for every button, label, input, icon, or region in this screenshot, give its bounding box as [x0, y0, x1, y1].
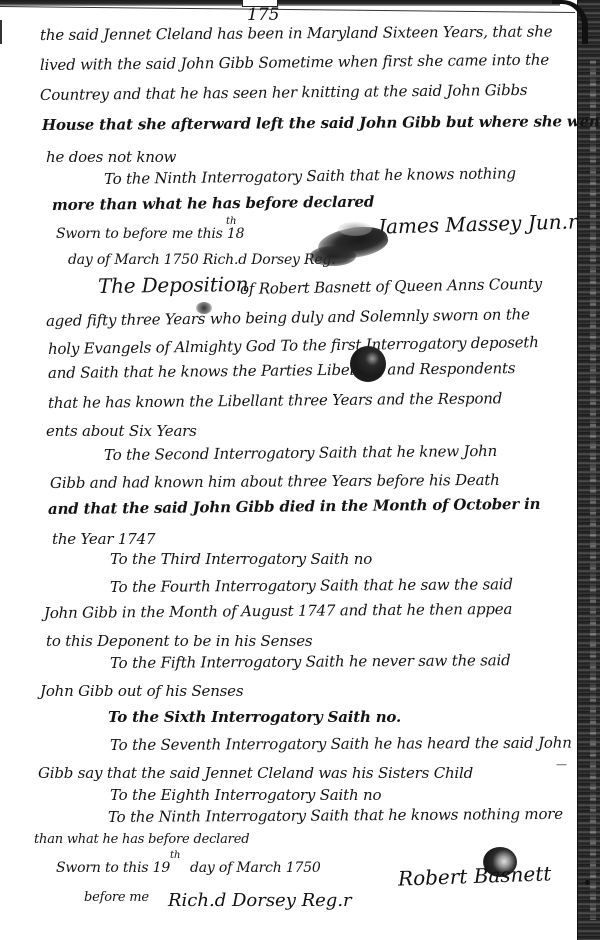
scan-top-edge — [0, 0, 560, 6]
sworn-line: Sworn to this 19 — [56, 860, 170, 876]
ordinal-suffix: th — [170, 850, 180, 861]
interrogatory-answer: the Year 1747 — [52, 530, 155, 548]
page-binding-edge — [577, 0, 600, 940]
interrogatory-answer: more than what he has before declared — [52, 193, 374, 214]
interrogatory-answer: John Gibb out of his Senses — [40, 682, 243, 700]
signature-james-massey: James Massey Jun.r — [378, 209, 578, 238]
deposition-opening: ents about Six Years — [46, 422, 197, 440]
scan-left-mark — [0, 20, 2, 44]
deposition-opening: of Robert Basnett of Queen Anns County — [240, 275, 542, 298]
deposition-opening: that he has known the Libellant three Ye… — [48, 389, 502, 412]
interrogatory-answer: to this Deponent to be in his Senses — [46, 632, 312, 650]
interrogatory-answer: To the Ninth Interrogatory Saith that he… — [108, 805, 563, 826]
manuscript-page: 175 the said Jennet Cleland has been in … — [0, 0, 600, 940]
text-line: he does not know — [46, 148, 176, 166]
interrogatory-answer: Gibb say that the said Jennet Cleland wa… — [38, 764, 473, 782]
ink-smudge — [338, 222, 372, 236]
deposition-opening: holy Evangels of Almighty God To the fir… — [48, 333, 539, 358]
page-top-rule — [0, 6, 575, 13]
ink-blot — [350, 346, 386, 382]
interrogatory-answer: To the Seventh Interrogatory Saith he ha… — [110, 734, 572, 754]
ink-dot — [585, 880, 590, 885]
signature-rich-dorsey: Rich.d Dorsey Reg.r — [168, 890, 352, 911]
interrogatory-answer: To the Eighth Interrogatory Saith no — [110, 786, 381, 804]
interrogatory-answer: To the Ninth Interrogatory Saith that he… — [104, 164, 516, 188]
ordinal-suffix: th — [226, 216, 236, 227]
text-line: lived with the said John Gibb Sometime w… — [40, 51, 549, 74]
sworn-before: before me — [84, 890, 149, 905]
interrogatory-answer: To the Third Interrogatory Saith no — [110, 550, 372, 568]
margin-mark: — — [556, 758, 567, 771]
text-line: House that she afterward left the said J… — [42, 112, 600, 134]
interrogatory-answer: To the Fifth Interrogatory Saith he neve… — [110, 651, 511, 672]
ink-blot — [310, 246, 356, 266]
interrogatory-answer: Gibb and had known him about three Years… — [50, 471, 500, 492]
text-line: Countrey and that he has seen her knitti… — [40, 81, 528, 104]
interrogatory-answer: To the Second Interrogatory Saith that h… — [104, 442, 497, 464]
interrogatory-answer: To the Fourth Interrogatory Saith that h… — [110, 575, 513, 596]
page-number: 175 — [247, 5, 279, 25]
deposition-heading: The Deposition — [98, 272, 249, 298]
binding-texture — [590, 60, 596, 920]
sworn-line: day of March 1750 Rich.d Dorsey Reg. — [68, 252, 335, 268]
deposition-opening: and Saith that he knows the Parties Libe… — [48, 359, 516, 382]
deposition-opening: aged fifty three Years who being duly an… — [46, 305, 530, 330]
interrogatory-answer: and that the said John Gibb died in the … — [48, 495, 540, 518]
sworn-line: day of March 1750 — [190, 860, 321, 876]
signature-robert-basnett: Robert Basnett — [398, 861, 552, 890]
interrogatory-answer: John Gibb in the Month of August 1747 an… — [44, 600, 512, 622]
text-line: the said Jennet Cleland has been in Mary… — [40, 22, 552, 44]
interrogatory-answer: than what he has before declared — [34, 832, 249, 847]
sworn-line: Sworn to before me this 18 — [56, 226, 244, 242]
interrogatory-answer: To the Sixth Interrogatory Saith no. — [108, 708, 401, 726]
